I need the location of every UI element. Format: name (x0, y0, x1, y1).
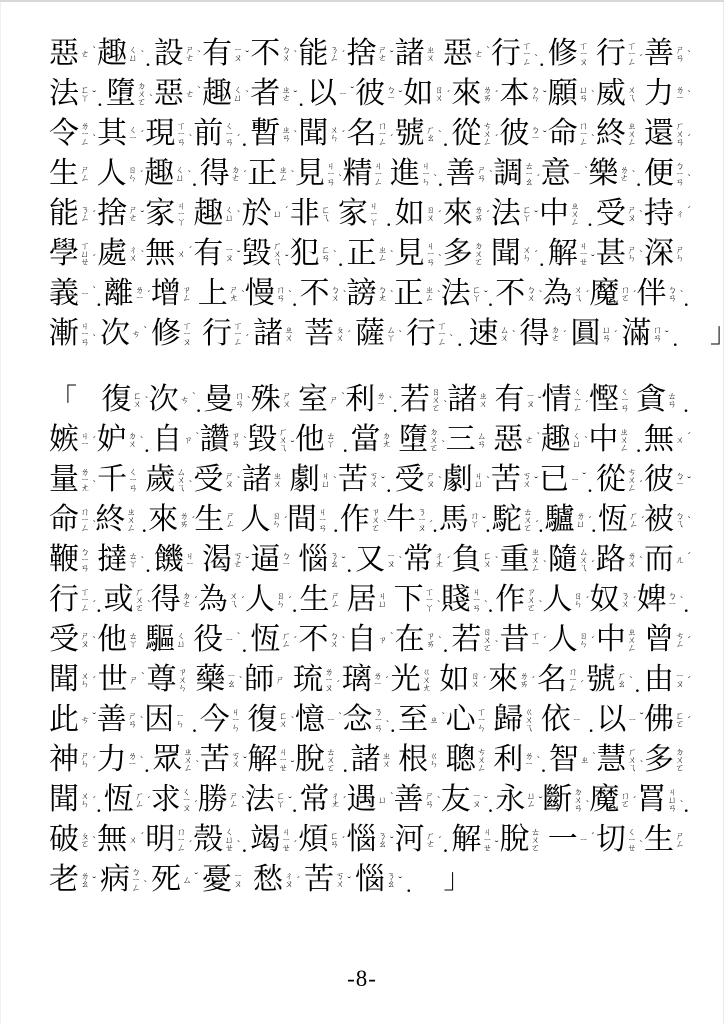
zhuyin-symbol: ㄣ (531, 94, 540, 102)
hanzi: 意 (541, 158, 571, 190)
zhuyin-symbol: ㄣ (80, 800, 89, 808)
tone-mark: ˇ (285, 254, 289, 264)
punctuation: . (96, 794, 102, 820)
zhuyin-annotation: ㄌㄧˋ (128, 752, 142, 768)
tone-mark: ˊ (639, 480, 643, 490)
zhuyin-annotation: ㄇㄧㄥˊ (377, 122, 391, 146)
zhuyin-symbol: ㄛ (474, 258, 483, 266)
hanzi: 調 (493, 158, 523, 190)
punctuation: . (386, 474, 392, 500)
hanzi-with-zhuyin: 路ㄌㄨˋ (596, 540, 641, 580)
hanzi: 不 (299, 278, 329, 310)
tone-mark: ˋ (143, 326, 147, 336)
zhuyin-symbol: ㄡ (675, 680, 684, 688)
hanzi: 友 (441, 784, 471, 816)
tone-mark: ˊ (483, 676, 487, 686)
zhuyin-symbol: ㄕ (129, 676, 138, 684)
tone-mark: ˊ (588, 516, 592, 526)
zhuyin-annotation: ㄗㄨㄣ (178, 668, 192, 692)
zhuyin-symbol: ㄢ (177, 138, 186, 146)
tone-mark: ˇ (245, 50, 249, 60)
zhuyin-annotation: ㄒㄧㄥˋ (522, 42, 536, 66)
hanzi-with-zhuyin: 來ㄌㄞˊ (488, 660, 533, 700)
zhuyin-symbol: ㄜ (620, 174, 629, 182)
tone-mark: ˋ (294, 130, 298, 140)
hanzi: 切 (596, 824, 626, 856)
hanzi-with-zhuyin: 人ㄖㄣˊ (548, 620, 593, 660)
hanzi: 上 (198, 278, 228, 310)
hanzi-with-zhuyin: 世ㄕˋ (98, 660, 143, 700)
hanzi-with-zhuyin: 名ㄇㄧㄥˊ (537, 660, 582, 700)
zhuyin-symbol: ㄢ (675, 54, 684, 62)
hanzi-with-zhuyin: 由ㄧㄡˊ (644, 660, 689, 700)
hanzi-with-zhuyin: 居ㄐㄩ (347, 580, 392, 620)
hanzi: 有 (202, 38, 232, 70)
zhuyin-annotation: ㄒㄩㄝˊ (80, 242, 94, 266)
tone-mark: ˋ (632, 170, 636, 180)
zhuyin-symbol: ㄨ (522, 480, 531, 488)
zhuyin-symbol: ㄩ (176, 174, 185, 182)
punctuation: . (342, 434, 348, 460)
zhuyin-symbol: ㄞ (180, 520, 189, 528)
zhuyin-annotation: ㄇㄢˋ (276, 286, 290, 302)
hanzi: 從 (451, 118, 481, 150)
zhuyin-annotation: ㄅㄧˇ (675, 472, 689, 488)
text-line: 惡ㄜˋ趣ㄑㄩˋ.設ㄕㄜˋ有ㄧㄡˇ不ㄅㄨˋ能ㄋㄥˊ捨ㄕㄜˇ諸ㄓㄨ惡ㄜˋ行ㄒㄧㄥˋ.… (49, 34, 689, 74)
tone-mark: ˊ (585, 400, 589, 410)
hanzi: 解 (247, 744, 277, 776)
hanzi-with-zhuyin: 多ㄉㄨㄛ (443, 234, 488, 274)
zhuyin-symbol: ㄣ (574, 600, 583, 608)
hanzi: 號 (395, 118, 425, 150)
hanzi: 聞 (298, 118, 328, 150)
hanzi-with-zhuyin: 至ㄓˋ (398, 700, 443, 740)
zhuyin-symbol: ㄥ (80, 524, 89, 532)
hanzi: 憶 (295, 704, 325, 736)
zhuyin-annotation: ㄑㄧㄢ (620, 388, 634, 412)
hanzi: 三 (446, 424, 476, 456)
hanzi-with-zhuyin: 念ㄋㄧㄢˋ (342, 700, 387, 740)
hanzi-with-zhuyin: 得ㄉㄜˊ (151, 580, 196, 620)
hanzi: 他 (97, 624, 127, 656)
zhuyin-annotation: ㄌㄧˊ (373, 672, 387, 688)
tone-mark: ˊ (641, 516, 645, 526)
hanzi-with-zhuyin: 被ㄅㄟˋ (644, 500, 689, 540)
zhuyin-annotation: ㄐㄧㄣˋ (421, 162, 435, 186)
hanzi: 不 (298, 624, 328, 656)
hanzi: 脫 (500, 824, 530, 856)
zhuyin-symbol: ㄥ (331, 600, 340, 608)
punctuation: . (683, 394, 689, 420)
zhuyin-symbol: ㄚ (522, 214, 531, 222)
hanzi-with-zhuyin: 善ㄕㄢˋ (97, 700, 142, 740)
zhuyin-annotation: ㄒㄧㄚˋ (425, 588, 439, 612)
zhuyin-symbol: ㄨ (335, 880, 344, 888)
zhuyin-symbol: ㄥ (80, 174, 89, 182)
tone-mark: ˋ (92, 480, 96, 490)
hanzi: 諸 (351, 744, 381, 776)
tone-mark: ˊ (633, 290, 637, 300)
zhuyin-symbol: ㄥ (675, 840, 684, 848)
zhuyin-symbol: ㄞ (426, 640, 435, 648)
zhuyin-annotation: ㄨㄣˊ (80, 672, 94, 688)
tone-mark: ˋ (140, 756, 144, 766)
zhuyin-symbol: ㄝ (627, 844, 636, 852)
zhuyin-annotation: ㄨㄟˊ (229, 592, 243, 608)
hanzi: 見 (395, 238, 425, 270)
hanzi: 利 (493, 744, 523, 776)
tone-mark: ˋ (288, 290, 292, 300)
hanzi: 諸 (395, 38, 425, 70)
hanzi: 趣 (193, 198, 223, 230)
punctuation: . (406, 874, 412, 900)
zhuyin-symbol: ㄨ (273, 480, 282, 488)
hanzi-with-zhuyin: 生ㄕㄥ (299, 580, 344, 620)
hanzi: 命 (548, 118, 578, 150)
hanzi: 如 (439, 664, 469, 696)
hanzi: 能 (298, 38, 328, 70)
tone-mark: ˋ (92, 836, 96, 846)
hanzi: 謗 (347, 278, 377, 310)
hanzi: 趣 (97, 38, 127, 70)
zhuyin-annotation: ㄎㄨˇ (231, 752, 245, 768)
zhuyin-annotation: ㄘㄨㄥˊ (627, 468, 641, 492)
hanzi-with-zhuyin: 受ㄕㄡˋ (395, 460, 440, 500)
zhuyin-symbol: ㄨ (675, 436, 684, 444)
hanzi-with-zhuyin: 命ㄇㄧㄥˋ (49, 500, 94, 540)
hanzi: 琉 (293, 664, 323, 696)
zhuyin-annotation: ㄖㄣˊ (276, 592, 290, 608)
zhuyin-symbol: ㄩ (177, 640, 186, 648)
hanzi-with-zhuyin: 依ㄧ (541, 700, 586, 740)
zhuyin-annotation: ㄧˋ (326, 716, 340, 724)
hanzi: 增 (151, 278, 181, 310)
zhuyin-symbol: ㄨ (479, 400, 488, 408)
tone-mark: ˋ (338, 712, 342, 722)
hanzi-with-zhuyin: 駝ㄊㄨㄛˊ (492, 500, 537, 540)
zhuyin-annotation: ㄑㄧˊ (128, 126, 142, 142)
tone-mark: ˇ (291, 760, 295, 770)
hanzi-with-zhuyin: 讚ㄗㄢˋ (200, 420, 245, 460)
zhuyin-annotation: ㄎㄜˇ (233, 552, 247, 568)
zhuyin-symbol: ㄡ (284, 880, 293, 888)
hanzi-with-zhuyin: 解ㄐㄧㄝˇ (451, 820, 496, 860)
hanzi-with-zhuyin: 從ㄘㄨㄥˊ (451, 114, 496, 154)
tone-mark: ˊ (147, 290, 151, 300)
zhuyin-annotation: ㄕㄢˋ (675, 46, 689, 62)
tone-mark: ˊ (535, 520, 539, 530)
punctuation: . (144, 434, 150, 460)
zhuyin-symbol: ㄥ (568, 684, 577, 692)
hanzi: 世 (98, 664, 128, 696)
spacer (79, 380, 99, 420)
tone-mark: ˋ (584, 166, 588, 176)
zhuyin-annotation: ㄨㄣˊ (329, 126, 343, 142)
zhuyin-symbol: ㄠ (386, 880, 395, 888)
tone-mark: ˋ (237, 840, 241, 850)
text-line: 受ㄕㄡˋ他ㄊㄚ驅ㄑㄩ役ㄧˋ.恆ㄏㄥˊ不ㄅㄨˋ自ㄗˋ在ㄗㄞˋ.若ㄖㄨㄛˋ昔ㄒㄧˊ人… (49, 620, 689, 660)
zhuyin-annotation: ㄓˋ (580, 756, 594, 764)
hanzi-with-zhuyin: 命ㄇㄧㄥˋ (548, 114, 593, 154)
zhuyin-annotation: ㄔㄨˋ (128, 246, 142, 262)
zhuyin-symbol: ㄨ (527, 294, 536, 302)
tone-mark: ˋ (438, 476, 442, 486)
tone-mark: ˇ (237, 250, 241, 260)
hanzi-with-zhuyin: 有ㄧㄡˇ (202, 34, 247, 74)
hanzi: 曾 (644, 624, 674, 656)
hanzi: 慧 (596, 744, 626, 776)
text-line: 神ㄕㄣˊ力ㄌㄧˋ.眾ㄓㄨㄥˋ苦ㄎㄨˇ解ㄐㄧㄝˇ脫ㄊㄨㄛ.諸ㄓㄨ根ㄍㄣ聰ㄘㄨㄥ利ㄌ… (49, 740, 689, 780)
zhuyin-annotation: ㄅㄧㄢˋ (675, 162, 689, 186)
hanzi: 離 (104, 278, 134, 310)
zhuyin-symbol: ㄥ (571, 218, 580, 226)
tone-mark: ˊ (189, 840, 193, 850)
hanzi-with-zhuyin: 因ㄧㄣ (144, 700, 189, 740)
zhuyin-annotation: ㄈㄨˋ (482, 552, 496, 568)
hanzi: 路 (596, 544, 626, 576)
hanzi: 諸 (253, 318, 283, 350)
punctuation: . (457, 328, 463, 354)
zhuyin-symbol: ㄢ (653, 334, 662, 342)
zhuyin-annotation: ㄙㄢ (477, 432, 491, 448)
tone-mark: ˊ (447, 90, 451, 100)
tone-mark: ˋ (192, 392, 196, 402)
zhuyin-symbol: ㄢ (235, 400, 244, 408)
punctuation: . (588, 714, 594, 740)
zhuyin-annotation: ㄒㄧㄥˊ (80, 588, 94, 612)
punctuation: . (587, 474, 593, 500)
hanzi-with-zhuyin: 如ㄖㄨˊ (439, 660, 484, 700)
zhuyin-symbol: ㄟ (279, 444, 288, 452)
punctuation: . (242, 128, 248, 154)
zhuyin-annotation: ㄑㄩ (176, 632, 190, 648)
tone-mark: ˋ (680, 596, 684, 606)
hanzi-with-zhuyin: 行ㄒㄧㄥˋ (406, 314, 451, 354)
tone-mark: ˊ (241, 596, 245, 606)
hanzi-with-zhuyin: 歸ㄍㄨㄟ (493, 700, 538, 740)
hanzi-with-zhuyin: 撻ㄊㄚˋ (97, 540, 142, 580)
hanzi: 暫 (250, 118, 280, 150)
hanzi-with-zhuyin: 煩ㄈㄢˊ (298, 820, 343, 860)
tone-mark: ˊ (586, 290, 590, 300)
hanzi-with-zhuyin: 嫉ㄐㄧˊ (49, 420, 94, 460)
zhuyin-symbol: ㄧ (628, 716, 637, 724)
hanzi-with-zhuyin: 樂ㄌㄜˋ (588, 154, 633, 194)
zhuyin-symbol: ㄜ (474, 50, 483, 58)
hanzi-with-zhuyin: 眾ㄓㄨㄥˋ (152, 740, 197, 780)
hanzi-with-zhuyin: 前ㄑㄧㄢˊ (193, 114, 238, 154)
zhuyin-symbol: ㄛ (432, 404, 441, 412)
zhuyin-annotation: ㄓㄨㄥ (570, 202, 584, 226)
tone-mark: ˊ (438, 210, 442, 220)
zhuyin-annotation: ㄌㄞˊ (474, 206, 488, 222)
hanzi-with-zhuyin: 毀ㄏㄨㄟˇ (242, 234, 287, 274)
zhuyin-symbol: ㄛ (527, 604, 536, 612)
hanzi-with-zhuyin: 婢ㄅㄧˋ (636, 580, 681, 620)
tone-mark: ˊ (92, 756, 96, 766)
zhuyin-annotation: ㄖㄨˊ (470, 672, 484, 688)
zhuyin-annotation: ㄕㄡˋ (224, 472, 238, 488)
zhuyin-symbol: ㄟ (675, 520, 684, 528)
hanzi-with-zhuyin: 自ㄗˋ (346, 620, 391, 660)
zhuyin-annotation: ㄕㄡˋ (80, 632, 94, 648)
hanzi: 利 (345, 384, 375, 416)
zhuyin-symbol: ㄩ (129, 54, 138, 62)
zhuyin-annotation: ㄧˋ (80, 290, 94, 298)
hanzi-with-zhuyin: 暫ㄓㄢˋ (250, 114, 295, 154)
zhuyin-annotation: ㄊㄚˋ (128, 552, 142, 568)
zhuyin-symbol: ㄣ (80, 680, 89, 688)
zhuyin-annotation: ㄇㄢˋ (235, 392, 249, 408)
hanzi-with-zhuyin: 行ㄒㄧㄥˊ (49, 580, 94, 620)
hanzi-with-zhuyin: 學ㄒㄩㄝˊ (49, 234, 94, 274)
hanzi-with-zhuyin: 死ㄙˇ (151, 860, 196, 900)
hanzi: 竭 (250, 824, 280, 856)
tone-mark: ˋ (586, 800, 590, 810)
hanzi: 脫 (295, 744, 325, 776)
zhuyin-symbol: ㄢ (326, 178, 335, 186)
hanzi: 菩 (304, 318, 334, 350)
tone-mark: ˋ (443, 400, 447, 410)
hanzi-with-zhuyin: 斷ㄉㄨㄢˋ (542, 780, 587, 820)
hanzi-with-zhuyin: 解ㄐㄧㄝˇ (247, 740, 292, 780)
tone-mark: ˊ (92, 600, 96, 610)
zhuyin-symbol: ㄝ (225, 844, 234, 852)
zhuyin-symbol: ㄚ (326, 440, 335, 448)
zhuyin-annotation: ㄕㄥˋ (229, 792, 243, 808)
punctuation: . (443, 634, 449, 660)
hanzi-with-zhuyin: 處ㄔㄨˋ (97, 234, 142, 274)
zhuyin-symbol: ㄚ (177, 218, 186, 226)
hanzi: 解 (451, 824, 481, 856)
zhuyin-annotation: ㄑㄩˋ (128, 46, 142, 62)
hanzi: 若 (451, 624, 481, 656)
tone-mark: ˊ (92, 210, 96, 220)
zhuyin-symbol: ㄛ (326, 764, 335, 772)
hanzi: 無 (644, 424, 674, 456)
hanzi-with-zhuyin: 驅ㄑㄩ (145, 620, 190, 660)
tone-mark: ˋ (383, 520, 387, 530)
hanzi-with-zhuyin: 竭ㄐㄧㄝˊ (250, 820, 295, 860)
zhuyin-annotation: ㄈㄚˇ (472, 286, 486, 302)
zhuyin-symbol: ㄜ (182, 600, 191, 608)
hanzi-with-zhuyin: 恆ㄏㄥˊ (250, 620, 295, 660)
hanzi-with-zhuyin: 藥ㄧㄠˋ (195, 660, 240, 700)
hanzi-with-zhuyin: 隨ㄙㄨㄟˊ (548, 540, 593, 580)
zhuyin-annotation: ㄏㄥˊ (281, 632, 295, 648)
hanzi-with-zhuyin: 三ㄙㄢ (446, 420, 491, 460)
tone-mark: ˋ (592, 752, 596, 762)
zhuyin-annotation: ㄧ (572, 716, 586, 724)
hanzi: 婢 (636, 584, 666, 616)
punctuation: . (587, 208, 593, 234)
hanzi-with-zhuyin: 生ㄕㄥ (49, 154, 94, 194)
hanzi: 無 (97, 824, 127, 856)
zhuyin-symbol: ㄩ (378, 600, 387, 608)
zhuyin-annotation: ㄓㄨㄥ (126, 508, 140, 532)
tone-mark: ˋ (639, 840, 643, 850)
zhuyin-symbol: ㄥ (135, 800, 144, 808)
hanzi-with-zhuyin: 光ㄍㄨㄤ (391, 660, 436, 700)
tone-mark: ˋ (187, 170, 191, 180)
zhuyin-annotation: ㄐㄧㄢˋ (80, 322, 94, 346)
zhuyin-annotation: ㄖㄨㄛˋ (431, 388, 445, 412)
tone-mark: ˇ (390, 50, 394, 60)
hanzi-with-zhuyin: 慳ㄑㄧㄢ (589, 380, 634, 420)
hanzi-with-zhuyin: 慢ㄇㄢˋ (245, 274, 290, 314)
tone-mark: ˋ (390, 792, 394, 802)
zhuyin-annotation: ㄇㄚˇ (470, 512, 484, 528)
zhuyin-symbol: ㄢ (129, 484, 138, 492)
hanzi: 趣 (144, 158, 174, 190)
hanzi: 若 (400, 384, 430, 416)
tone-mark: ˋ (92, 134, 96, 144)
zhuyin-annotation: ㄌㄧㄥˋ (80, 122, 94, 146)
hanzi-with-zhuyin: 漸ㄐㄧㄢˋ (49, 314, 94, 354)
zhuyin-annotation: ㄍㄨㄟ (524, 708, 538, 732)
hanzi-with-zhuyin: 法ㄈㄚˇ (441, 274, 486, 314)
hanzi: 毀 (242, 238, 272, 270)
hanzi: 中 (596, 624, 626, 656)
zhuyin-symbol: ㄥ (477, 764, 486, 772)
zhuyin-symbol: ㄚ (276, 800, 285, 808)
hanzi: 歲 (145, 464, 175, 496)
zhuyin-symbol: ㄦ (675, 556, 684, 564)
zhuyin-symbol: ㄤ (229, 294, 238, 302)
tone-mark: ˋ (640, 760, 644, 770)
zhuyin-symbol: ㄟ (177, 484, 186, 492)
zhuyin-symbol: ㄨ (279, 720, 288, 728)
zhuyin-symbol: ㄟ (574, 294, 583, 302)
hanzi: 諸 (447, 384, 477, 416)
zhuyin-symbol: ㄩ (572, 440, 581, 448)
hanzi: 行 (596, 38, 626, 70)
tone-mark: ˋ (438, 130, 442, 140)
zhuyin-symbol: ㄥ (226, 520, 235, 528)
tone-mark: ˇ (665, 330, 669, 340)
tone-mark: ˋ (143, 880, 147, 890)
hanzi-with-zhuyin: 行ㄒㄧㄥˊ (202, 314, 247, 354)
zhuyin-annotation: ㄉㄜˊ (182, 592, 196, 608)
punctuation: . (141, 514, 147, 540)
hanzi: 義 (49, 278, 79, 310)
hanzi: 非 (290, 198, 320, 230)
hanzi-with-zhuyin: 量ㄌㄧㄤˋ (49, 460, 94, 500)
zhuyin-annotation: ㄅㄧˇ (531, 126, 545, 142)
zhuyin-symbol: ㄨ (500, 334, 509, 342)
hanzi: 惡 (443, 38, 473, 70)
hanzi-with-zhuyin: 行ㄒㄧㄥˋ (491, 34, 536, 74)
hanzi: 人 (97, 158, 127, 190)
punctuation: . (292, 288, 298, 314)
tone-mark: ˇ (140, 210, 144, 220)
zhuyin-annotation: ㄙˇ (182, 876, 196, 884)
tone-mark: ˋ (639, 250, 643, 260)
zhuyin-symbol: ㄧ (525, 760, 534, 768)
hanzi-with-zhuyin: 人ㄖㄣˊ (241, 500, 286, 540)
hanzi-with-zhuyin: 法ㄈㄚˇ (491, 194, 536, 234)
page-number: -8- (0, 966, 724, 992)
zhuyin-annotation: ㄇㄧㄥˋ (579, 122, 593, 146)
tone-mark: ˇ (543, 90, 547, 100)
text-line: 學ㄒㄩㄝˊ處ㄔㄨˋ無ㄨˊ有ㄧㄡˇ毀ㄏㄨㄟˇ犯ㄈㄢˋ.正ㄓㄥˋ見ㄐㄧㄢˋ多ㄉㄨㄛ聞… (49, 234, 689, 274)
hanzi: 設 (154, 38, 184, 70)
tone-mark: ˇ (538, 396, 542, 406)
tone-mark: ˋ (196, 760, 200, 770)
hanzi: 來 (451, 78, 481, 110)
hanzi-with-zhuyin: 圓ㄩㄢˊ (571, 314, 616, 354)
hanzi-with-zhuyin: 修ㄒㄧㄡ (151, 314, 196, 354)
